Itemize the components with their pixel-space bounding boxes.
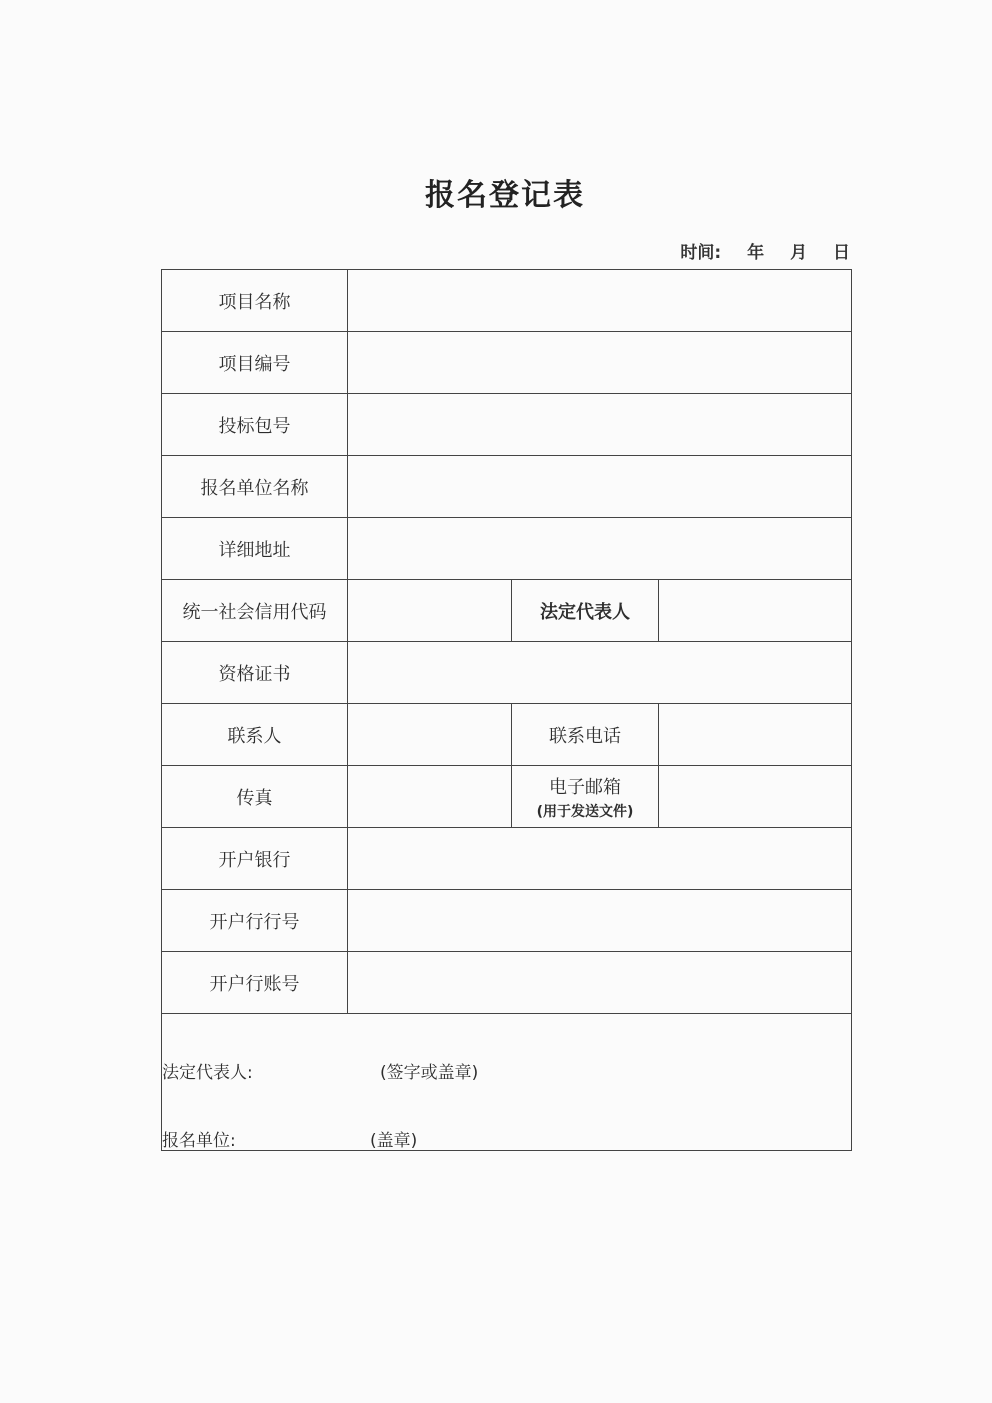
legal-rep-field[interactable]	[659, 580, 852, 642]
applicant-name-label: 报名单位名称	[162, 456, 348, 518]
account-number-field[interactable]	[348, 952, 852, 1014]
address-field[interactable]	[348, 518, 852, 580]
table-row: 开户行账号	[162, 952, 852, 1014]
unit-seal-label: 报名单位:	[162, 1126, 236, 1151]
phone-label: 联系电话	[512, 704, 659, 766]
email-field[interactable]	[659, 766, 852, 828]
bank-field[interactable]	[348, 828, 852, 890]
email-label-cell: 电子邮箱 (用于发送文件)	[512, 766, 659, 828]
phone-field[interactable]	[659, 704, 852, 766]
email-note: (用于发送文件)	[512, 801, 658, 821]
date-month: 月	[790, 243, 807, 263]
document-title: 报名登记表	[0, 170, 992, 214]
bank-code-label: 开户行行号	[162, 890, 348, 952]
project-number-label: 项目编号	[162, 332, 348, 394]
email-label: 电子邮箱	[549, 777, 621, 798]
bank-code-field[interactable]	[348, 890, 852, 952]
qualification-label: 资格证书	[162, 642, 348, 704]
credit-code-label: 统一社会信用代码	[162, 580, 348, 642]
account-number-label: 开户行账号	[162, 952, 348, 1014]
qualification-field[interactable]	[348, 642, 852, 704]
date-year: 年	[747, 243, 764, 263]
signature-section: 法定代表人: (签字或盖章) 报名单位: (盖章)	[162, 1014, 852, 1151]
fax-field[interactable]	[348, 766, 512, 828]
address-label: 详细地址	[162, 518, 348, 580]
table-row: 资格证书	[162, 642, 852, 704]
credit-code-field[interactable]	[348, 580, 512, 642]
table-row: 联系人 联系电话	[162, 704, 852, 766]
table-row: 统一社会信用代码 法定代表人	[162, 580, 852, 642]
legal-rep-signature-hint: (签字或盖章)	[380, 1058, 478, 1083]
legal-rep-signature-row[interactable]: 法定代表人: (签字或盖章)	[162, 1058, 851, 1082]
unit-seal-row[interactable]: 报名单位: (盖章)	[162, 1126, 851, 1150]
date-line: 时间: 年 月 日	[670, 238, 850, 263]
registration-form-table: 项目名称 项目编号 投标包号 报名单位名称 详细地址 统一社会信用代码 法定代表…	[161, 269, 852, 1151]
project-number-field[interactable]	[348, 332, 852, 394]
contact-field[interactable]	[348, 704, 512, 766]
fax-label: 传真	[162, 766, 348, 828]
applicant-name-field[interactable]	[348, 456, 852, 518]
table-row: 法定代表人: (签字或盖章) 报名单位: (盖章)	[162, 1014, 852, 1151]
table-row: 传真 电子邮箱 (用于发送文件)	[162, 766, 852, 828]
unit-seal-hint: (盖章)	[370, 1126, 417, 1151]
date-day: 日	[833, 243, 850, 263]
table-row: 开户银行	[162, 828, 852, 890]
table-row: 开户行行号	[162, 890, 852, 952]
project-name-field[interactable]	[348, 270, 852, 332]
date-label: 时间:	[680, 243, 721, 263]
project-name-label: 项目名称	[162, 270, 348, 332]
table-row: 投标包号	[162, 394, 852, 456]
table-row: 项目名称	[162, 270, 852, 332]
contact-label: 联系人	[162, 704, 348, 766]
legal-rep-label: 法定代表人	[512, 580, 659, 642]
table-row: 报名单位名称	[162, 456, 852, 518]
legal-rep-signature-label: 法定代表人:	[162, 1058, 253, 1083]
table-row: 项目编号	[162, 332, 852, 394]
table-row: 详细地址	[162, 518, 852, 580]
bid-package-label: 投标包号	[162, 394, 348, 456]
bid-package-field[interactable]	[348, 394, 852, 456]
bank-label: 开户银行	[162, 828, 348, 890]
